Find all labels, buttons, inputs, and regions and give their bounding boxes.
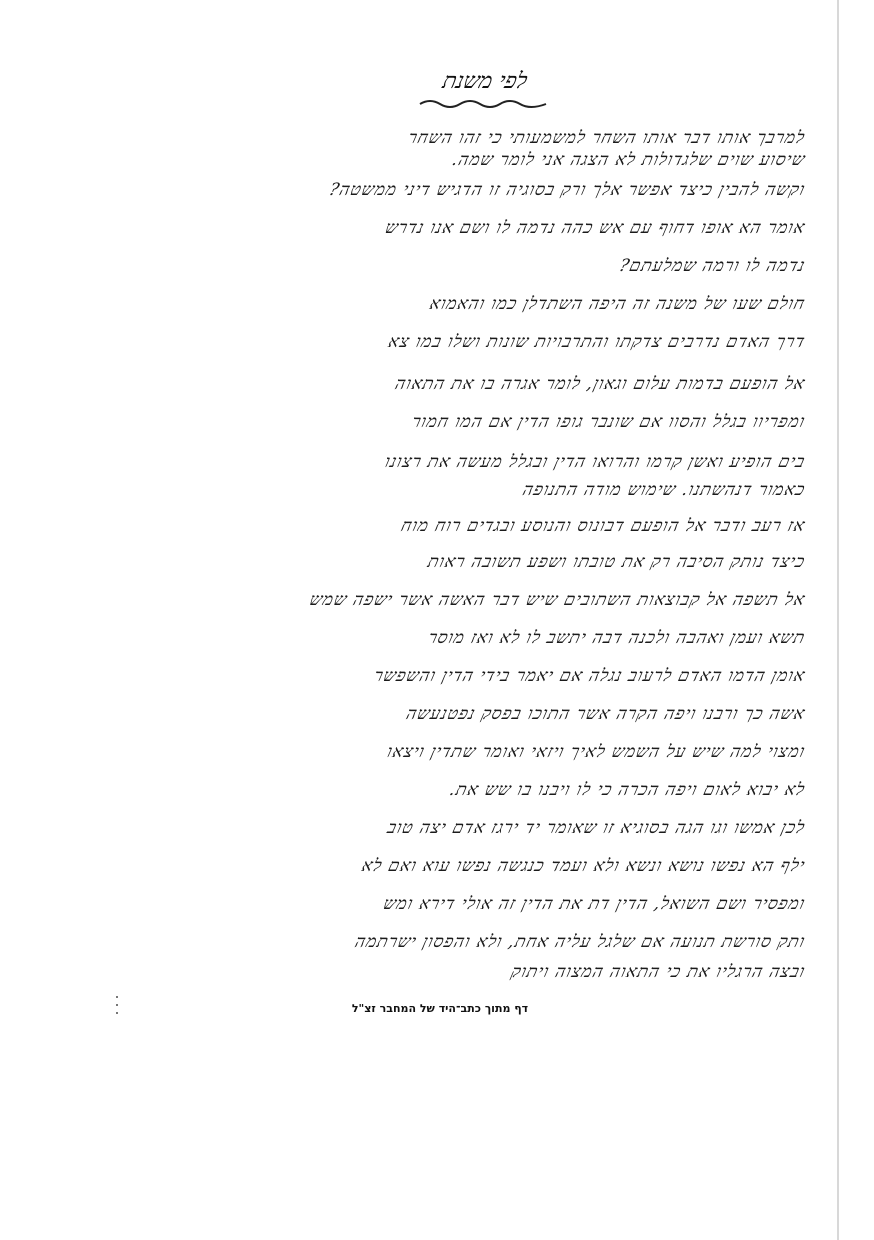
scan-edge-line bbox=[837, 0, 839, 1240]
handwritten-line: תשא ועמן ואהבה ולכנה דבה יתשב לו לא ואז … bbox=[103, 628, 808, 648]
handwritten-line: אומן הדמו האדם לרעוב נגלה אם יאמר בידי ה… bbox=[103, 666, 808, 686]
handwritten-line: לכן אמשו וגו הגה בסוגיא זו שאומר יד ירגז… bbox=[118, 818, 808, 838]
handwritten-line: אל תשפה אל קבוצאות השתובים שיש דבר האשה … bbox=[103, 590, 808, 610]
handwritten-line: דרך האדם נדרבים צדקתו והתרבויות שונות וש… bbox=[108, 332, 808, 352]
handwritten-line: ובצה הרגליו את כי התאוה המצוה ויתוק bbox=[243, 962, 808, 982]
scan-specks bbox=[116, 996, 122, 1026]
handwritten-line: חולם שעו של משנה זה היפה השתדלן כמו והאמ… bbox=[108, 294, 808, 314]
handwritten-line: ומצוי למה שיש על השמש לאיך ויזאי ואומר ש… bbox=[103, 742, 808, 762]
handwritten-line: לא יבוא לאום ויפה הכרה כי לו ויבנו בו שש… bbox=[258, 780, 808, 800]
page-caption: דף מתוך כתב־היד של המחבר זצ"ל bbox=[320, 1002, 560, 1015]
handwritten-line: וקשה להבין כיצד אפשר אלך ורק בסוגיה זו ה… bbox=[98, 180, 808, 200]
handwritten-line: אל הופעם בדמות עלום וגאון, לומר אגרה בו … bbox=[98, 374, 808, 394]
handwritten-line: למרבך אותו דבר אותו השחר למשמעותי כי זהו… bbox=[128, 128, 808, 148]
handwritten-line: אז רעב ודבר אל הופעם דבונוס והנוסע ובגדי… bbox=[103, 516, 808, 536]
handwritten-line: נדמה לו ורמה שמלעתם? bbox=[453, 256, 808, 276]
handwritten-line: אשה כך ורבנו ויפה הקרה אשר התוכו בפסק נפ… bbox=[98, 704, 808, 724]
document-title: לפי משנת bbox=[397, 68, 573, 94]
handwritten-line: ומפריוו בגלל והסוו אם שונבר גופו הדין אם… bbox=[103, 412, 808, 432]
handwritten-line: כאמור דנהשתנו. שימוש מודה התנופה bbox=[248, 480, 808, 500]
handwritten-line: אומר הא אופו דחוף עם אש כהה נדמה לו ושם … bbox=[98, 218, 808, 238]
scanned-page: לפי משנת למרבך אותו דבר אותו השחר למשמעו… bbox=[0, 0, 874, 1240]
handwritten-line: שיסוע שוים שלגדולות לא הצגה אני לומר שמה… bbox=[283, 150, 808, 170]
handwritten-line: כיצד נותק הסיבה רק את טובתו ושפע תשובה ר… bbox=[113, 552, 808, 572]
handwritten-line: ילף הא נפשו נושא ונשא ולא ועמד כנגשה נפש… bbox=[158, 856, 808, 876]
handwritten-line: בים הופיע ואשן קרמו והרואו הדין ובגלל מע… bbox=[93, 452, 808, 472]
handwritten-line: ותק סורשת תנועה אם שלגל עליה אחת, ולא וה… bbox=[98, 932, 808, 952]
wavy-underline bbox=[418, 98, 548, 110]
handwritten-line: ומפסיר ושם השואל, הדין דת את הדין זה אול… bbox=[103, 894, 808, 914]
